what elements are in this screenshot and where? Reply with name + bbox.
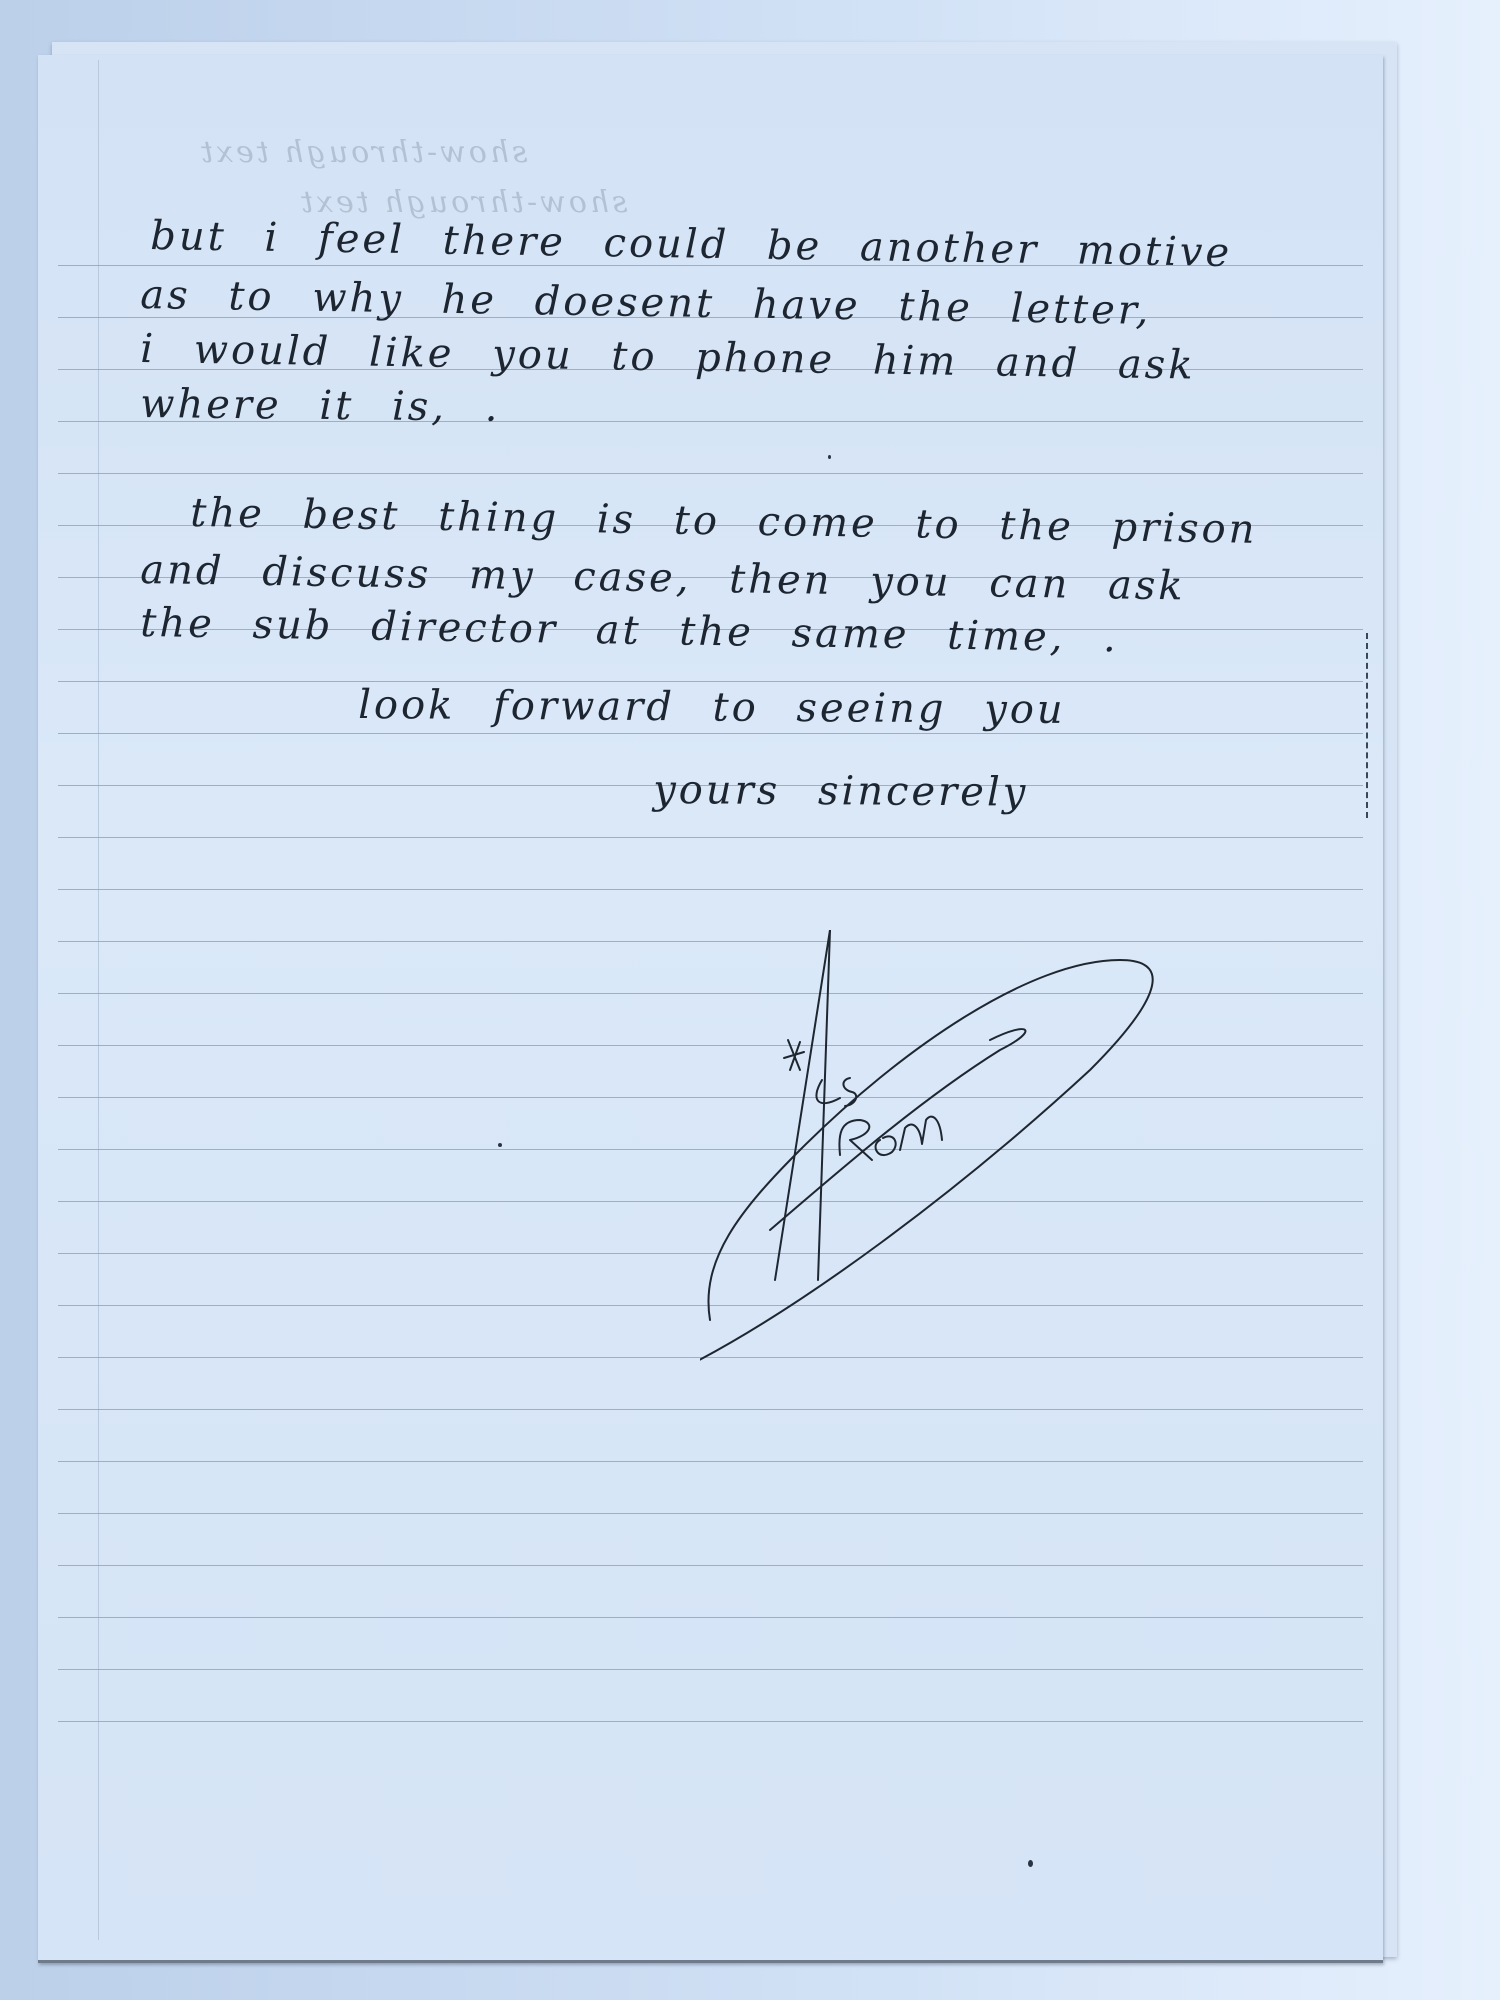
ruled-line [58, 837, 1363, 838]
ruled-line [58, 1461, 1363, 1462]
letter-line-4: where it is, . [140, 381, 501, 431]
show-through-text: show-through text [298, 185, 628, 220]
ruled-line [58, 1721, 1363, 1722]
ruled-line [58, 1617, 1363, 1618]
ruled-line [58, 1513, 1363, 1514]
ruled-line [58, 889, 1363, 890]
ruled-line [58, 473, 1363, 474]
ruled-line [58, 733, 1363, 734]
margin-mark [1366, 633, 1368, 818]
ruled-line [58, 681, 1363, 682]
stray-mark [498, 1143, 502, 1147]
ruled-line [58, 1409, 1363, 1410]
ruled-line [58, 1669, 1363, 1670]
stray-mark [1028, 1860, 1033, 1867]
closing-line: look forward to seeing you [358, 682, 1066, 733]
stray-mark [828, 455, 831, 459]
show-through-text: show-through text [198, 135, 528, 170]
signature [700, 930, 1200, 1390]
ruled-line [58, 1565, 1363, 1566]
sign-off: yours sincerely [653, 767, 1028, 816]
